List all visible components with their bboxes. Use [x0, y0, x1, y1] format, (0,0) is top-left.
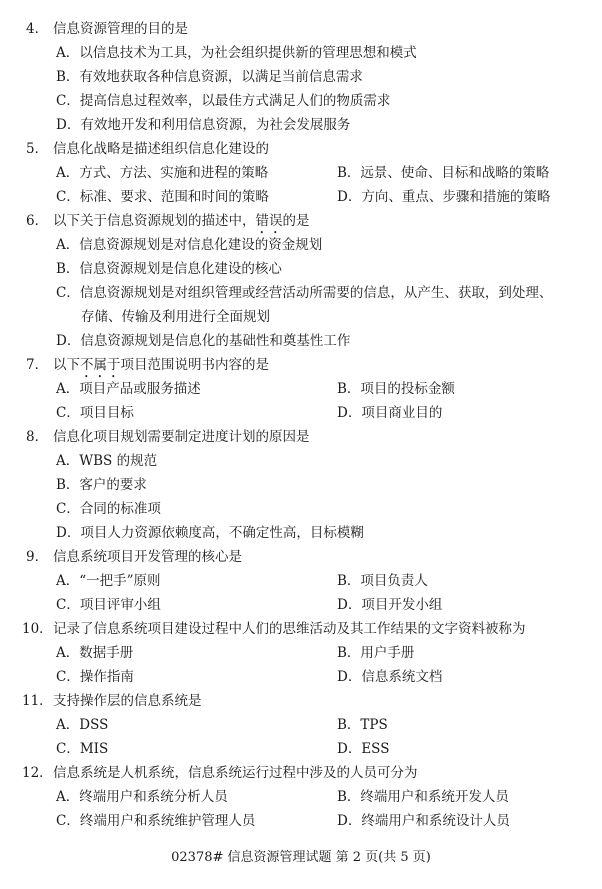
option-b: B．客户的要求 [56, 473, 147, 497]
stem-text: 以下关于信息资源规划的描述中， [53, 213, 256, 229]
option-a: A．方式、方法、实施和进程的策略 [56, 161, 268, 185]
option-a: A．数据手册 [56, 641, 133, 665]
option-d: D．信息系统文档 [337, 665, 442, 689]
question-number: 4． [26, 17, 54, 41]
option-d: D．项目商业目的 [337, 401, 442, 425]
question-number: 10． [22, 617, 50, 641]
option-b: B．远景、使命、目标和战略的策略 [337, 161, 549, 185]
option-a: A．信息资源规划是对信息化建设的资金规划 [56, 233, 322, 257]
emphasized-text: 错误 [256, 213, 283, 229]
option-a: A．项目产品或服务描述 [56, 377, 201, 401]
option-a: A．DSS [56, 713, 108, 737]
option-a: A．以信息技术为工具，为社会组织提供新的管理思想和模式 [56, 41, 417, 65]
option-c: C．提高信息过程效率，以最佳方式满足人们的物质需求 [56, 89, 390, 113]
question-number: 8． [26, 425, 54, 449]
option-c: C．终端用户和系统维护管理人员 [56, 809, 255, 833]
question-stem: 信息资源管理的目的是 [53, 17, 188, 41]
option-d: D．信息资源规划是信息化的基础性和奠基性工作 [56, 329, 350, 353]
option-b: B．信息资源规划是信息化建设的核心 [56, 257, 282, 281]
option-a: A．WBS 的规范 [56, 449, 157, 473]
option-b: B．项目负责人 [337, 569, 428, 593]
option-a: A．“一把手”原则 [56, 569, 161, 593]
option-c-continuation: 存储、传输及利用进行全面规划 [81, 305, 270, 329]
option-d: D．方向、重点、步骤和措施的策略 [337, 185, 550, 209]
question-stem: 信息化战略是描述组织信息化建设的 [53, 137, 269, 161]
question-number: 11． [22, 689, 50, 713]
question-number: 9． [26, 545, 54, 569]
option-b: B．终端用户和系统开发人员 [337, 785, 509, 809]
question-number: 5． [26, 137, 54, 161]
option-d: D．项目开发小组 [337, 593, 442, 617]
question-stem: 信息系统项目开发管理的核心是 [53, 545, 242, 569]
option-c: C．项目目标 [56, 401, 134, 425]
page-footer: 02378# 信息资源管理试题 第 2 页(共 5 页) [0, 846, 602, 870]
option-d: D．有效地开发和利用信息资源，为社会发展服务 [56, 113, 350, 137]
option-d: D．项目人力资源依赖度高，不确定性高，目标模糊 [56, 521, 364, 545]
question-stem: 记录了信息系统项目建设过程中人们的思维活动及其工作结果的文字资料被称为 [53, 617, 526, 641]
option-d: D．ESS [337, 737, 389, 761]
option-c: C．项目评审小组 [56, 593, 161, 617]
stem-text: 以下 [53, 357, 80, 373]
question-stem: 支持操作层的信息系统是 [53, 689, 202, 713]
option-c: C．操作指南 [56, 665, 134, 689]
option-c: C．标准、要求、范围和时间的策略 [56, 185, 269, 209]
option-b: B．TPS [337, 713, 388, 737]
option-b: B．项目的投标金额 [337, 377, 455, 401]
question-number: 6． [26, 209, 54, 233]
question-number: 12． [22, 761, 50, 785]
question-stem: 信息系统是人机系统，信息系统运行过程中涉及的人员可分为 [53, 761, 418, 785]
option-b: B．有效地获取各种信息资源，以满足当前信息需求 [56, 65, 363, 89]
stem-text: 项目范围说明书内容的是 [121, 357, 270, 373]
option-c: C．合同的标准项 [56, 497, 161, 521]
emphasized-text: 不属于 [80, 357, 121, 373]
question-stem: 信息化项目规划需要制定进度计划的原因是 [53, 425, 310, 449]
question-number: 7． [26, 353, 54, 377]
option-c: C．MIS [56, 737, 108, 761]
option-a: A．终端用户和系统分析人员 [56, 785, 228, 809]
option-d: D．终端用户和系统设计人员 [337, 809, 510, 833]
stem-text: 的是 [283, 213, 310, 229]
option-b: B．用户手册 [337, 641, 414, 665]
option-c: C．信息资源规划是对组织管理或经营活动所需要的信息，从产生、获取，到处理、 [56, 281, 552, 305]
